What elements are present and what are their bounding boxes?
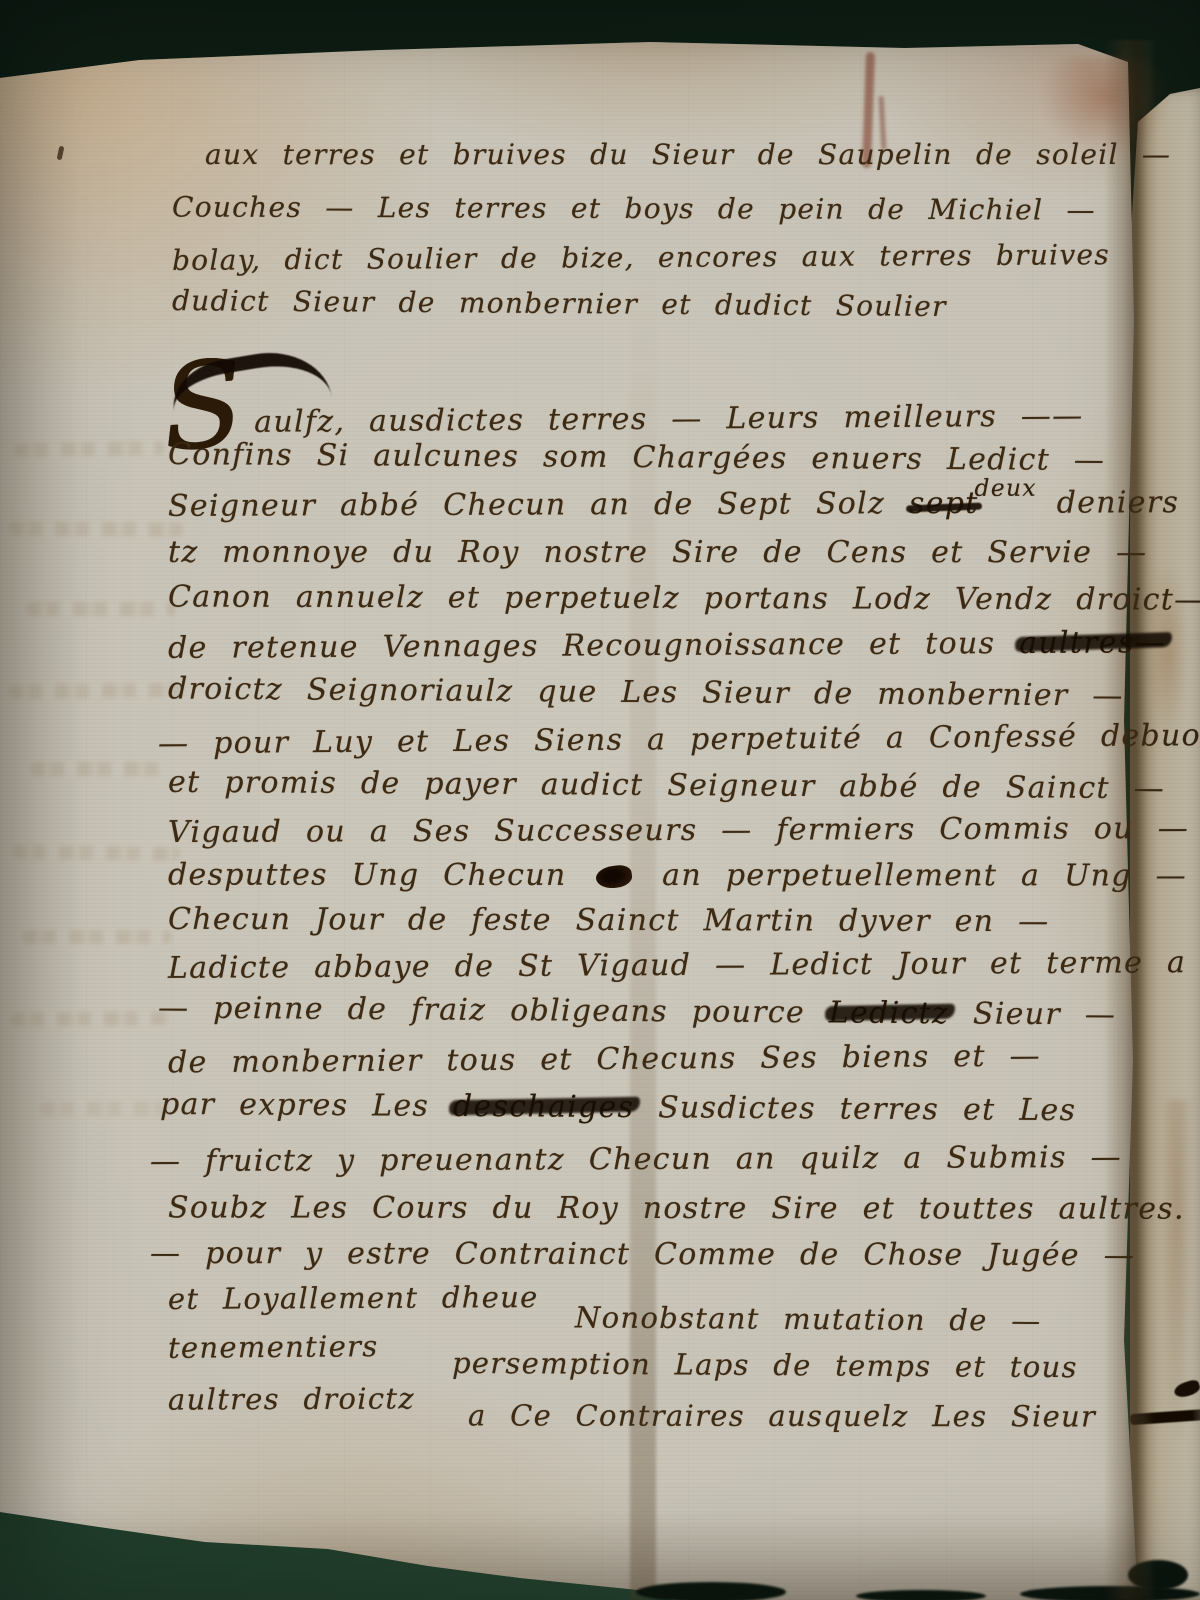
manuscript-line: — pour Luy et Les Siens a perpetuité a C… (158, 718, 1200, 762)
manuscript-line: Seigneur abbé Checun an de Sept Solz sep… (168, 485, 1179, 524)
handwritten-text: par expres Les (160, 1087, 453, 1124)
struck-word: deschaiges (453, 1089, 635, 1125)
handwritten-text: an perpetuellement a Ung — (638, 858, 1187, 893)
manuscript-line: Ladicte abbaye de St Vigaud — Ledict Jou… (168, 945, 1186, 986)
manuscript-line: — pour y estre Contrainct Comme de Chose… (150, 1236, 1135, 1273)
handwritten-text: Couches — Les terres et boys de pein de … (172, 190, 1096, 226)
handwritten-text: Confins Si aulcunes som Chargées enuers … (168, 437, 1105, 478)
manuscript-line: Saulfz, ausdictes terres — Leurs meilleu… (162, 384, 1084, 440)
manuscript-line: et promis de payer audict Seigneur abbé … (168, 765, 1165, 806)
interlinear-insertion: deux (974, 474, 1036, 502)
manuscript-line: Vigaud ou a Ses Successeurs — fermiers C… (168, 811, 1189, 850)
handwritten-text: dudict Sieur de monbernier et dudict Sou… (172, 284, 947, 323)
handwritten-text: Soubz Les Cours du Roy nostre Sire et to… (168, 1190, 1185, 1226)
handwritten-text: de monbernier tous et Checuns Ses biens … (168, 1039, 1041, 1081)
handwritten-text: persemption Laps de temps et tous (452, 1346, 1078, 1384)
manuscript-line: par expres Les deschaiges Susdictes terr… (160, 1087, 1076, 1128)
manuscript-line: tz monnoye du Roy nostre Sire de Cens et… (168, 535, 1147, 570)
manuscript-line: et Loyallement dheue (168, 1280, 539, 1316)
manuscript-line: — fruictz y preuenantz Checun an quilz a… (150, 1140, 1122, 1179)
manuscript-line: Canon annuelz et perpetuelz portans Lodz… (168, 579, 1200, 617)
manuscript-line: Checun Jour de feste Sainct Martin dyver… (168, 902, 1050, 939)
struck-word: sept (909, 486, 979, 521)
manuscript-line: aux terres et bruives du Sieur de Saupel… (205, 138, 1171, 171)
manuscript-line: Confins Si aulcunes som Chargées enuers … (168, 437, 1105, 478)
manuscript-line: persemption Laps de temps et tous (452, 1346, 1078, 1384)
handwritten-text: Vigaud ou a Ses Successeurs — fermiers C… (168, 811, 1189, 850)
handwritten-text: Susdictes terres et Les (634, 1090, 1076, 1128)
handwritten-text: Nonobstant mutation de — (575, 1300, 1042, 1337)
manuscript-line: a Ce Contraires ausquelz Les Sieur (468, 1398, 1200, 1433)
manuscript-photo: aux terres et bruives du Sieur de Saupel… (0, 0, 1200, 1600)
heavy-pen-stroke (1129, 1408, 1200, 1424)
manuscript-line: aultres droictz (168, 1381, 415, 1416)
manuscript-line: de retenue Vennages Recougnoissance et t… (168, 625, 1166, 666)
struck-word: Ledictz (829, 995, 950, 1031)
manuscript-line: de monbernier tous et Checuns Ses biens … (168, 1039, 1041, 1081)
handwritten-text: de retenue Vennages Recougnoissance et t… (168, 626, 1019, 666)
manuscript-text: aux terres et bruives du Sieur de Saupel… (0, 0, 1200, 1600)
struck-word: aultres— (1019, 625, 1166, 661)
handwritten-text: a Ce Contraires ausquelz Les Sieur (468, 1398, 1120, 1433)
handwritten-text: — pour y estre Contrainct Comme de Chose… (150, 1236, 1135, 1273)
handwritten-text: deniers (1033, 485, 1179, 521)
handwritten-text: — peinne de fraiz obligeans pource (158, 990, 829, 1030)
manuscript-line: bolay, dict Soulier de bize, encores aux… (172, 238, 1110, 277)
manuscript-line: Soubz Les Cours du Roy nostre Sire et to… (168, 1190, 1185, 1226)
manuscript-line: Nonobstant mutation de — (575, 1300, 1042, 1337)
handwritten-text: Sieur — (949, 996, 1116, 1032)
decorated-initial: S (162, 402, 244, 408)
manuscript-line: desputtes Ung Checun an perpetuellement … (168, 858, 1187, 894)
handwritten-text: — pour Luy et Les Siens a perpetuité a C… (158, 718, 1200, 762)
manuscript-line: Couches — Les terres et boys de pein de … (172, 190, 1096, 226)
handwritten-text: bolay, dict Soulier de bize, encores aux… (172, 238, 1110, 277)
handwritten-text: Canon annuelz et perpetuelz portans Lodz… (168, 579, 1200, 617)
handwritten-text: tz monnoye du Roy nostre Sire de Cens et… (168, 535, 1147, 570)
manuscript-line: droictz Seignoriaulz que Les Sieur de mo… (168, 671, 1124, 713)
manuscript-line: — peinne de fraiz obligeans pource Ledic… (158, 990, 1116, 1032)
handwritten-text: Seigneur abbé Checun an de Sept Solz (168, 486, 909, 524)
manuscript-line: tenementiers (168, 1329, 379, 1365)
handwritten-text: — fruictz y preuenantz Checun an quilz a… (150, 1140, 1122, 1179)
handwritten-text: Ladicte abbaye de St Vigaud — Ledict Jou… (168, 945, 1186, 986)
handwritten-text: desputtes Ung Checun (168, 858, 590, 893)
handwritten-text: aux terres et bruives du Sieur de Saupel… (205, 138, 1171, 171)
handwritten-text: et promis de payer audict Seigneur abbé … (168, 765, 1165, 806)
handwritten-text: Checun Jour de feste Sainct Martin dyver… (168, 902, 1050, 939)
ink-blot (595, 864, 634, 891)
handwritten-text: et Loyallement dheue (168, 1280, 539, 1316)
manuscript-line: dudict Sieur de monbernier et dudict Sou… (172, 284, 947, 323)
handwritten-text: aultres droictz (168, 1381, 415, 1416)
handwritten-text: aulfz, ausdictes terres — Leurs meilleur… (254, 398, 1083, 439)
handwritten-text: tenementiers (168, 1329, 379, 1365)
handwritten-text: droictz Seignoriaulz que Les Sieur de mo… (168, 671, 1124, 713)
